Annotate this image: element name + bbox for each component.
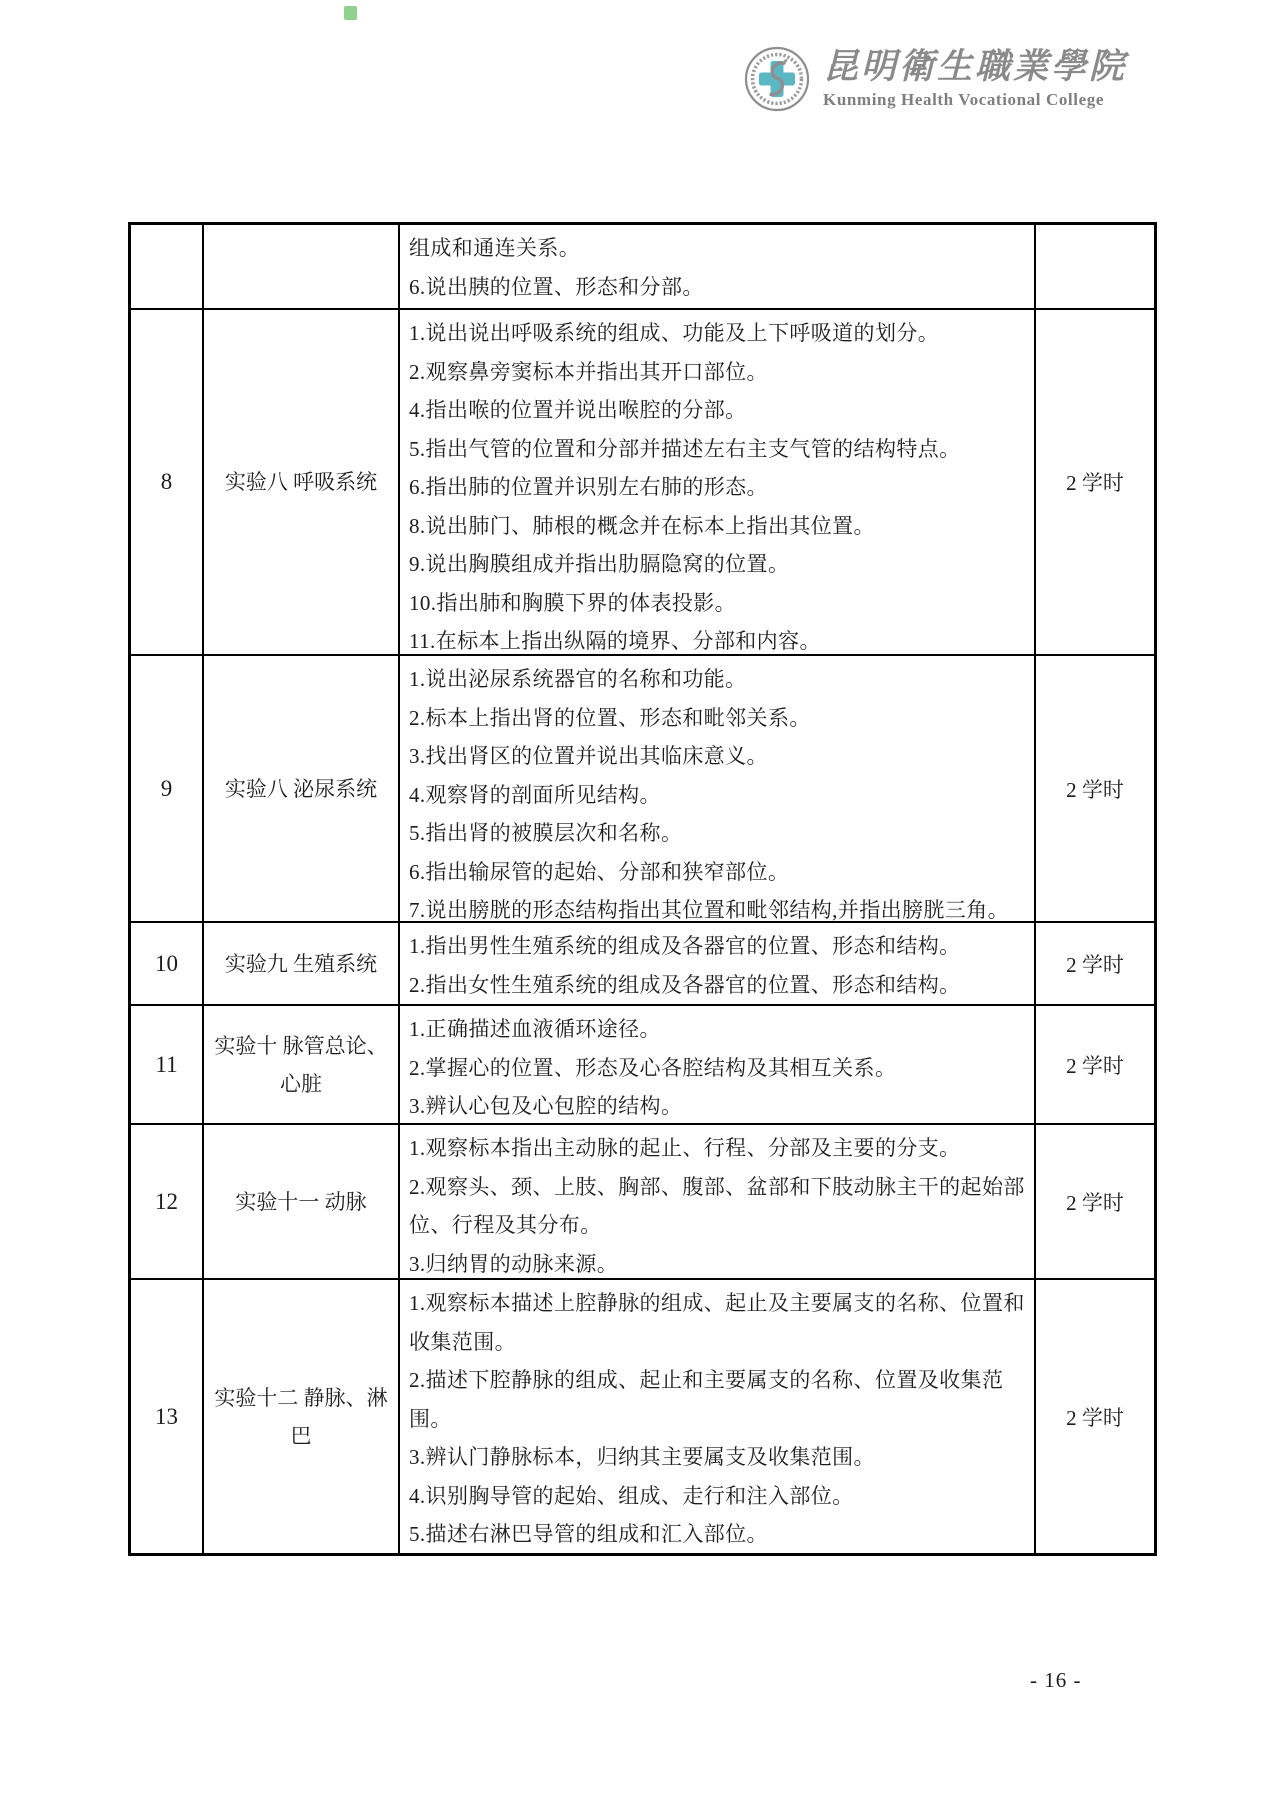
experiment-name-cell: 实验十二 静脉、淋巴 <box>204 1280 400 1553</box>
content-line: 9.说出胸膜组成并指出肋膈隐窝的位置。 <box>409 545 1026 584</box>
experiment-name-cell: 实验八 泌尿系统 <box>204 656 400 921</box>
content-line: 5.指出气管的位置和分部并描述左右主支气管的结构特点。 <box>409 430 1026 469</box>
table-row: 12 实验十一 动脉 1.观察标本指出主动脉的起止、行程、分部及主要的分支。 2… <box>131 1125 1154 1280</box>
row-number-cell: 10 <box>131 923 204 1004</box>
college-seal-icon <box>744 46 810 112</box>
experiment-name-cell: 实验十一 动脉 <box>204 1125 400 1278</box>
content-line: 1.说出说出呼吸系统的组成、功能及上下呼吸道的划分。 <box>409 314 1026 353</box>
hours-cell: 2 学时 <box>1036 923 1154 1004</box>
content-cell: 1.指出男性生殖系统的组成及各器官的位置、形态和结构。 2.指出女性生殖系统的组… <box>400 923 1036 1004</box>
hours-cell: 2 学时 <box>1036 310 1154 654</box>
content-line: 2.指出女性生殖系统的组成及各器官的位置、形态和结构。 <box>409 966 1026 1005</box>
content-cell: 1.观察标本描述上腔静脉的组成、起止及主要属支的名称、位置和收集范围。 2.描述… <box>400 1280 1036 1553</box>
table-row: 9 实验八 泌尿系统 1.说出泌尿系统器官的名称和功能。 2.标本上指出肾的位置… <box>131 656 1154 923</box>
content-line: 5.描述右淋巴导管的组成和汇入部位。 <box>409 1515 1026 1553</box>
content-line: 3.辨认心包及心包腔的结构。 <box>409 1087 1026 1123</box>
row-number-cell: 12 <box>131 1125 204 1278</box>
content-line: 2.观察鼻旁窦标本并指出其开口部位。 <box>409 353 1026 392</box>
content-line: 1.观察标本指出主动脉的起止、行程、分部及主要的分支。 <box>409 1129 1026 1168</box>
content-cell: 1.观察标本指出主动脉的起止、行程、分部及主要的分支。 2.观察头、颈、上肢、胸… <box>400 1125 1036 1278</box>
content-line: 2.描述下腔静脉的组成、起止和主要属支的名称、位置及收集范围。 <box>409 1361 1026 1438</box>
page: 昆明衛生職業學院 Kunming Health Vocational Colle… <box>0 0 1274 1801</box>
content-line: 2.观察头、颈、上肢、胸部、腹部、盆部和下肢动脉主干的起始部位、行程及其分布。 <box>409 1168 1026 1245</box>
hours-cell: 2 学时 <box>1036 1125 1154 1278</box>
content-cell: 组成和通连关系。 6.说出胰的位置、形态和分部。 <box>400 225 1036 308</box>
content-line: 6.说出胰的位置、形态和分部。 <box>409 268 1026 307</box>
scan-artifact-mark <box>344 6 357 20</box>
content-line: 组成和通连关系。 <box>409 229 1026 268</box>
hours-cell: 2 学时 <box>1036 656 1154 921</box>
row-number-cell <box>131 225 204 308</box>
content-line: 4.识别胸导管的起始、组成、走行和注入部位。 <box>409 1477 1026 1516</box>
table-row: 10 实验九 生殖系统 1.指出男性生殖系统的组成及各器官的位置、形态和结构。 … <box>131 923 1154 1006</box>
row-number-cell: 11 <box>131 1006 204 1123</box>
row-number-cell: 9 <box>131 656 204 921</box>
content-cell: 1.说出泌尿系统器官的名称和功能。 2.标本上指出肾的位置、形态和毗邻关系。 3… <box>400 656 1036 921</box>
college-name-block: 昆明衛生職業學院 Kunming Health Vocational Colle… <box>823 47 1127 111</box>
table-row: 11 实验十 脉管总论、心脏 1.正确描述血液循环途径。 2.掌握心的位置、形态… <box>131 1006 1154 1125</box>
row-number-cell: 8 <box>131 310 204 654</box>
content-line: 6.指出输尿管的起始、分部和狭窄部位。 <box>409 853 1026 892</box>
college-name-en: Kunming Health Vocational College <box>823 89 1127 111</box>
college-logo: 昆明衛生職業學院 Kunming Health Vocational Colle… <box>744 46 1127 112</box>
content-line: 2.掌握心的位置、形态及心各腔结构及其相互关系。 <box>409 1049 1026 1088</box>
table-row: 8 实验八 呼吸系统 1.说出说出呼吸系统的组成、功能及上下呼吸道的划分。 2.… <box>131 310 1154 656</box>
college-name-cn: 昆明衛生職業學院 <box>823 47 1127 87</box>
content-line: 1.观察标本描述上腔静脉的组成、起止及主要属支的名称、位置和收集范围。 <box>409 1284 1026 1361</box>
row-number-cell: 13 <box>131 1280 204 1553</box>
content-line: 3.归纳胃的动脉来源。 <box>409 1245 1026 1279</box>
content-line: 11.在标本上指出纵隔的境界、分部和内容。 <box>409 622 1026 654</box>
experiment-name-cell <box>204 225 400 308</box>
table-row: 13 实验十二 静脉、淋巴 1.观察标本描述上腔静脉的组成、起止及主要属支的名称… <box>131 1280 1154 1553</box>
page-number: - 16 - <box>1030 1668 1082 1693</box>
content-line: 1.指出男性生殖系统的组成及各器官的位置、形态和结构。 <box>409 927 1026 966</box>
content-line: 4.指出喉的位置并说出喉腔的分部。 <box>409 391 1026 430</box>
hours-cell <box>1036 225 1154 308</box>
content-line: 8.说出肺门、肺根的概念并在标本上指出其位置。 <box>409 507 1026 546</box>
hours-cell: 2 学时 <box>1036 1006 1154 1123</box>
content-line: 4.观察肾的剖面所见结构。 <box>409 776 1026 815</box>
content-line: 10.指出肺和胸膜下界的体表投影。 <box>409 584 1026 623</box>
content-line: 7.说出膀胱的形态结构指出其位置和毗邻结构,并指出膀胱三角。 <box>409 891 1026 921</box>
content-line: 1.正确描述血液循环途径。 <box>409 1010 1026 1049</box>
content-line: 5.指出肾的被膜层次和名称。 <box>409 814 1026 853</box>
content-line: 6.指出肺的位置并识别左右肺的形态。 <box>409 468 1026 507</box>
table-row: 组成和通连关系。 6.说出胰的位置、形态和分部。 <box>131 225 1154 310</box>
content-cell: 1.说出说出呼吸系统的组成、功能及上下呼吸道的划分。 2.观察鼻旁窦标本并指出其… <box>400 310 1036 654</box>
content-cell: 1.正确描述血液循环途径。 2.掌握心的位置、形态及心各腔结构及其相互关系。 3… <box>400 1006 1036 1123</box>
content-line: 3.找出肾区的位置并说出其临床意义。 <box>409 737 1026 776</box>
content-line: 2.标本上指出肾的位置、形态和毗邻关系。 <box>409 699 1026 738</box>
experiment-name-cell: 实验九 生殖系统 <box>204 923 400 1004</box>
content-line: 1.说出泌尿系统器官的名称和功能。 <box>409 660 1026 699</box>
content-line: 3.辨认门静脉标本，归纳其主要属支及收集范围。 <box>409 1438 1026 1477</box>
experiment-name-cell: 实验八 呼吸系统 <box>204 310 400 654</box>
experiment-name-cell: 实验十 脉管总论、心脏 <box>204 1006 400 1123</box>
curriculum-table: 组成和通连关系。 6.说出胰的位置、形态和分部。 8 实验八 呼吸系统 1.说出… <box>128 222 1157 1556</box>
hours-cell: 2 学时 <box>1036 1280 1154 1553</box>
